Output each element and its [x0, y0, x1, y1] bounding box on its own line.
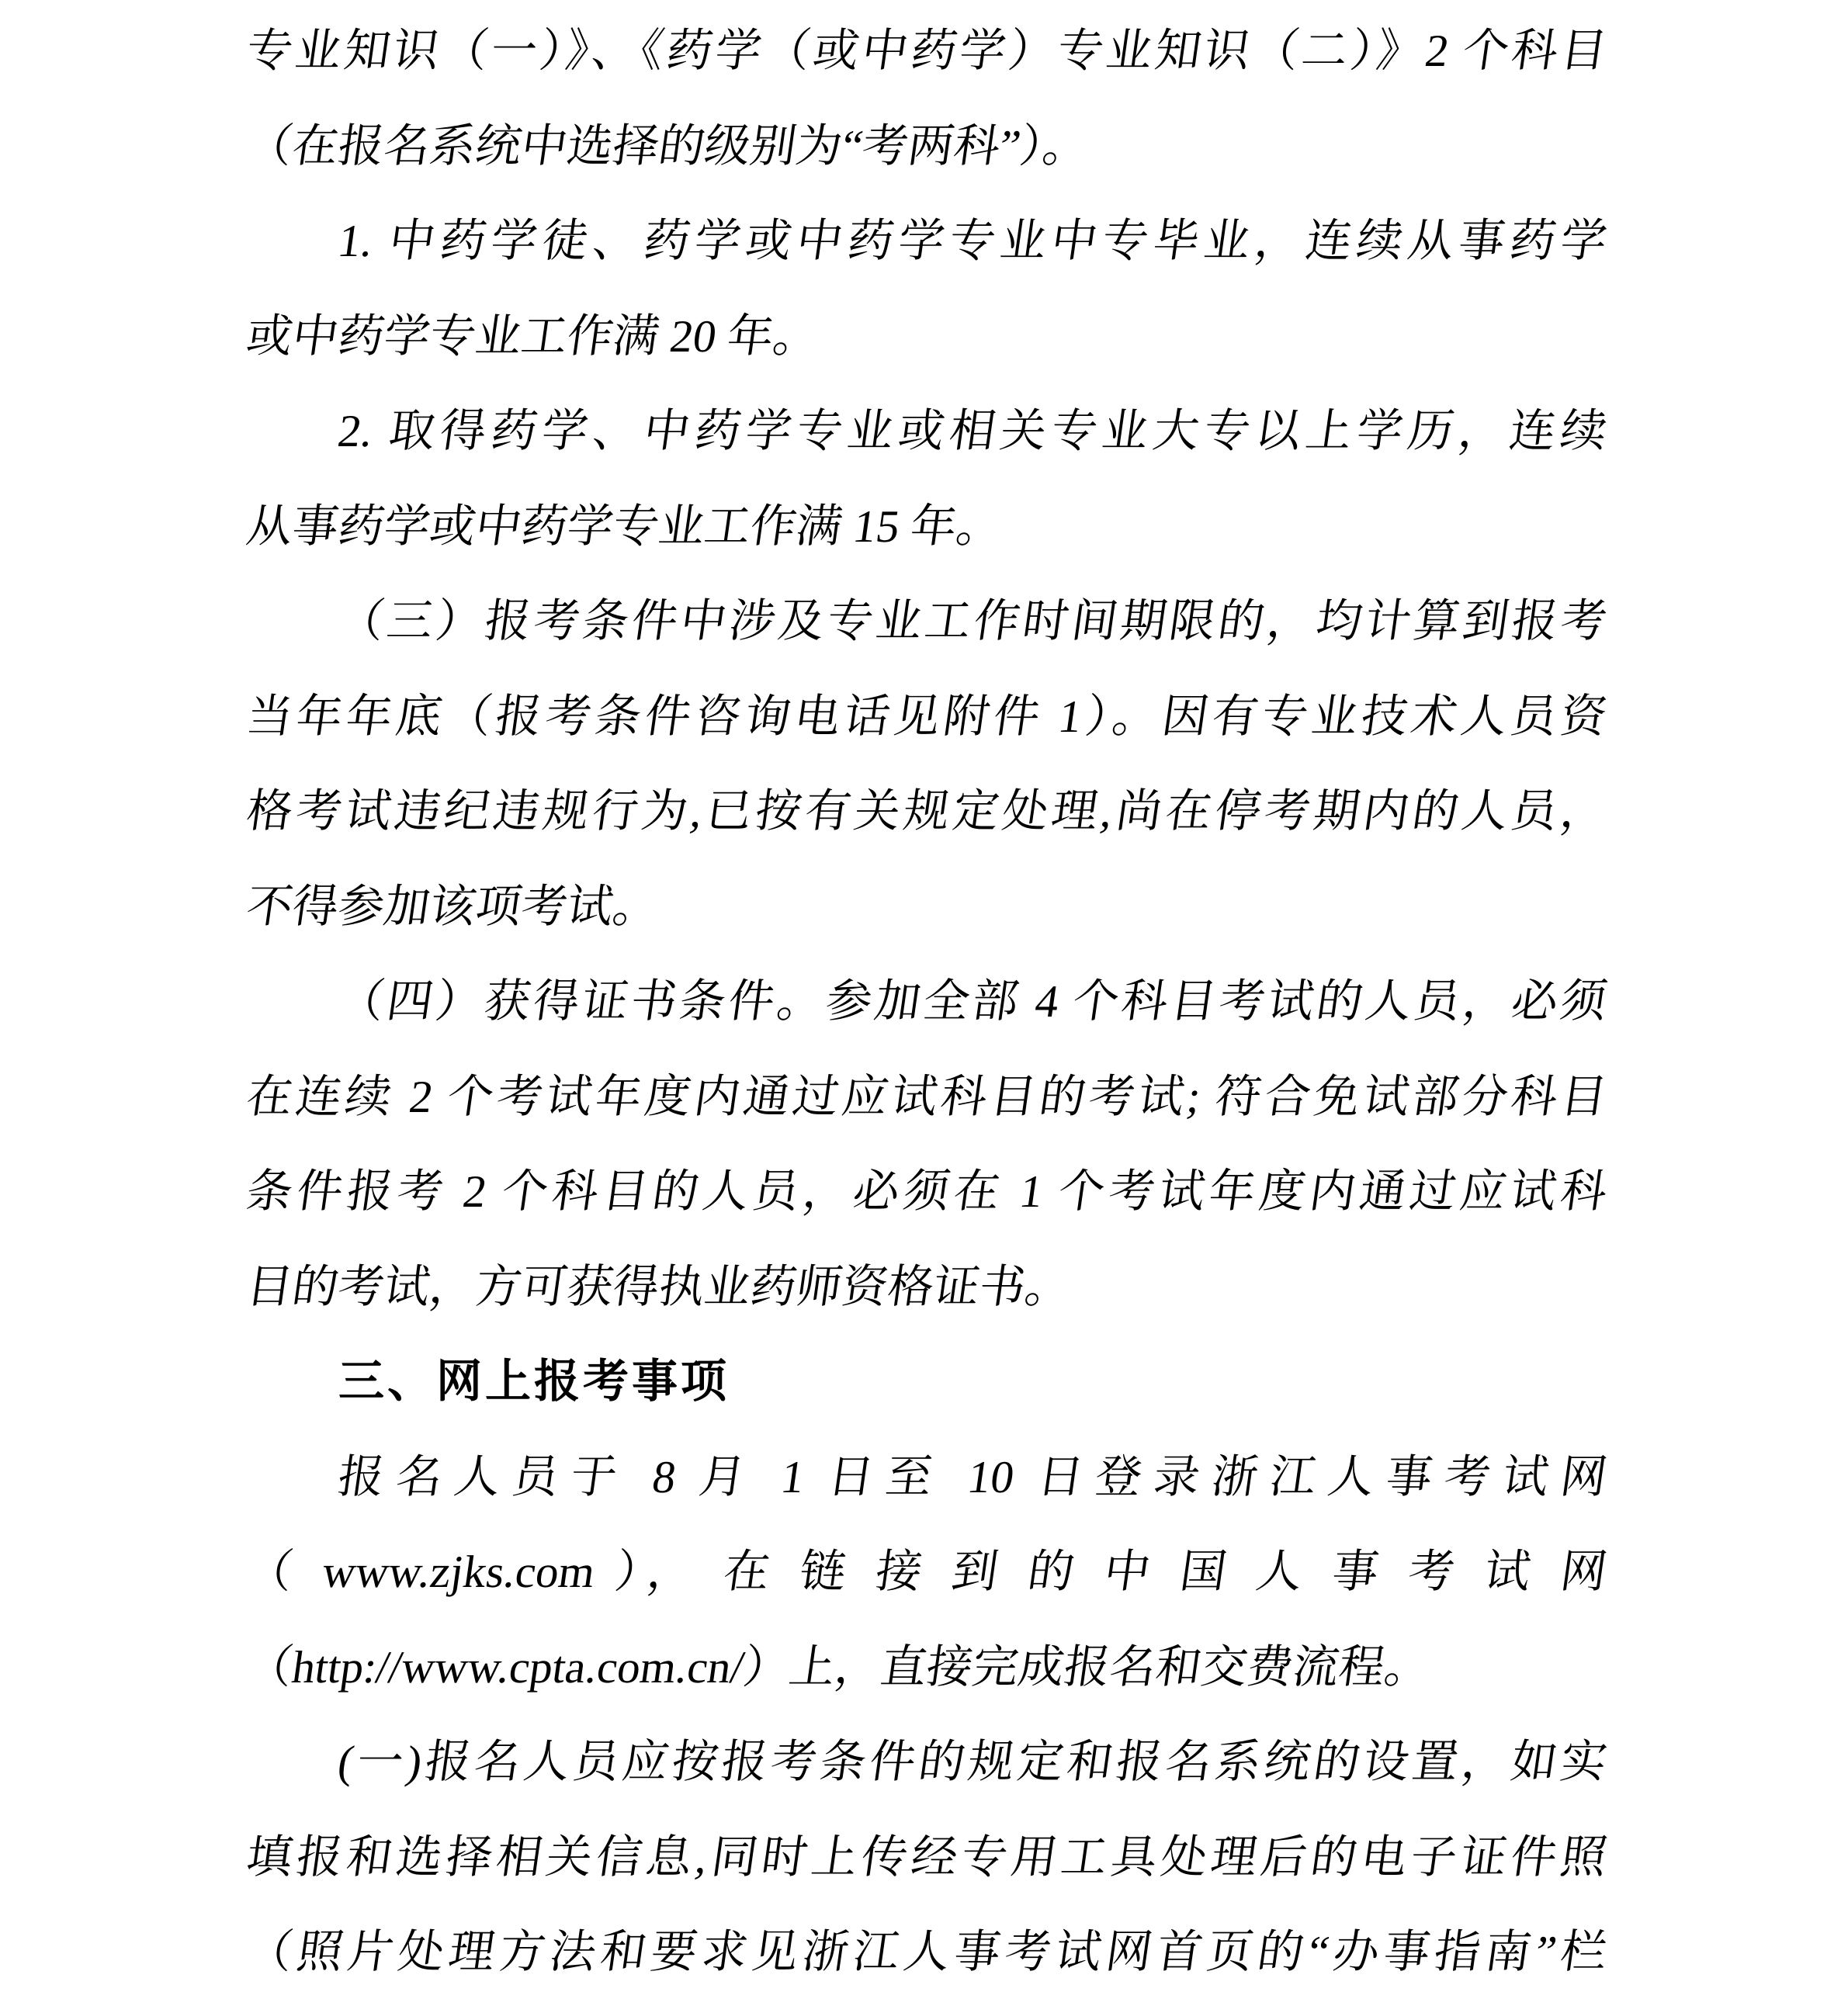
text-line-17: （ www.zjks.com ）， 在 链 接 到 的 中 国 人 事 考 试 … [240, 1524, 1613, 1620]
text-line-12: 在连续 2 个考试年度内通过应试科目的考试; 符合免试部分科目 [240, 1049, 1613, 1145]
document-body: 专业知识（一）》、《药学（或中药学）专业知识（二）》2 个科目（在报名系统中选择… [247, 3, 1607, 1999]
text-line-11: （四）获得证书条件。参加全部 4 个科目考试的人员，必须 [240, 954, 1613, 1049]
text-line-2: （在报名系统中选择的级别为“考两科”）。 [240, 99, 1613, 194]
text-line-13: 条件报考 2 个科目的人员，必须在 1 个考试年度内通过应试科 [240, 1144, 1613, 1239]
text-line-1: 专业知识（一）》、《药学（或中药学）专业知识（二）》2 个科目 [240, 3, 1613, 99]
section-heading: 三、网上报考事项 [247, 1334, 1607, 1429]
text-line-18: （http://www.cpta.com.cn/）上，直接完成报名和交费流程。 [240, 1620, 1613, 1715]
text-line-10: 不得参加该项考试。 [240, 859, 1613, 954]
text-line-9: 格考试违纪违规行为,已按有关规定处理,尚在停考期内的人员， [240, 764, 1613, 859]
document-page: 专业知识（一）》、《药学（或中药学）专业知识（二）》2 个科目（在报名系统中选择… [0, 0, 1848, 1999]
text-line-3: 1. 中药学徒、药学或中药学专业中专毕业，连续从事药学 [240, 193, 1613, 289]
text-line-7: （三）报考条件中涉及专业工作时间期限的，均计算到报考 [240, 573, 1613, 669]
text-line-19: (一)报名人员应按报考条件的规定和报名系统的设置，如实 [240, 1714, 1613, 1810]
text-line-5: 2. 取得药学、中药学专业或相关专业大专以上学历，连续 [240, 383, 1613, 479]
text-line-6: 从事药学或中药学专业工作满 15 年。 [240, 479, 1613, 574]
text-line-16: 报名人员于 8 月 1 日至 10 日登录浙江人事考试网 [240, 1429, 1613, 1525]
text-line-21: （照片处理方法和要求见浙江人事考试网首页的“办事指南”栏 [240, 1904, 1613, 1999]
text-line-8: 当年年底（报考条件咨询电话见附件 1）。因有专业技术人员资 [240, 669, 1613, 764]
text-line-4: 或中药学专业工作满 20 年。 [240, 289, 1613, 384]
text-line-20: 填报和选择相关信息,同时上传经专用工具处理后的电子证件照 [240, 1810, 1613, 1905]
text-line-14: 目的考试，方可获得执业药师资格证书。 [240, 1239, 1613, 1335]
